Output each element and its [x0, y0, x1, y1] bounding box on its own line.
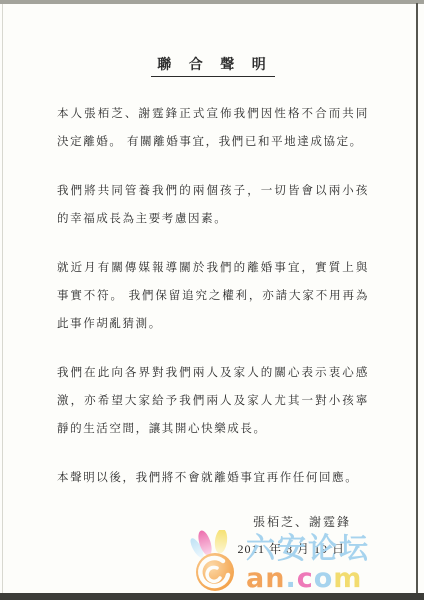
- signature-names: 張栢芝、謝霆鋒: [57, 513, 351, 530]
- statement-title-text: 聯 合 聲 明: [151, 58, 275, 77]
- forum-watermark-text: 六安论坛 an.com: [246, 534, 370, 592]
- forum-domain-letter: .: [285, 563, 296, 594]
- forum-domain-letter: a: [246, 563, 265, 594]
- statement-paragraph-3: 就近月有關傳媒報導關於我們的離婚事宜，實質上與事實不符。 我們保留追究之權利，亦…: [57, 254, 369, 338]
- scan-edge-left: [2, 4, 3, 593]
- statement-body: 聯 合 聲 明 本人張栢芝、謝霆鋒正式宣佈我們因性格不合而共同決定離婚。 有關離…: [57, 54, 369, 557]
- statement-title: 聯 合 聲 明: [57, 54, 369, 74]
- forum-site-name: 六安论坛: [246, 534, 370, 563]
- forum-domain-letter: c: [297, 563, 314, 594]
- forum-site-domain: an.com: [246, 565, 370, 592]
- statement-paragraph-5: 本聲明以後，我們將不會就離婚事宜再作任何回應。: [57, 464, 369, 492]
- forum-domain-letter: n: [265, 563, 285, 594]
- scan-edge-right: [416, 3, 418, 594]
- statement-paragraph-2: 我們將共同管養我們的兩個孩子，一切皆會以兩小孩的幸福成長為主要考慮因素。: [57, 177, 369, 233]
- forum-domain-letter: o: [314, 563, 334, 594]
- scan-edge-top: [0, 0, 424, 4]
- forum-domain-letter: m: [333, 563, 362, 594]
- forum-watermark: 六安论坛 an.com: [190, 530, 370, 592]
- statement-paragraph-4: 我們在此向各界對我們兩人及家人的關心表示衷心感激，亦希望大家給予我們兩人及家人尤…: [57, 359, 369, 443]
- scanned-statement-page: 聯 合 聲 明 本人張栢芝、謝霆鋒正式宣佈我們因性格不合而共同決定離婚。 有關離…: [0, 0, 424, 600]
- statement-paragraph-1: 本人張栢芝、謝霆鋒正式宣佈我們因性格不合而共同決定離婚。 有關離婚事宜，我們已和…: [57, 100, 369, 156]
- scan-edge-bottom: [0, 593, 424, 600]
- hand-six-logo-icon: [190, 530, 242, 592]
